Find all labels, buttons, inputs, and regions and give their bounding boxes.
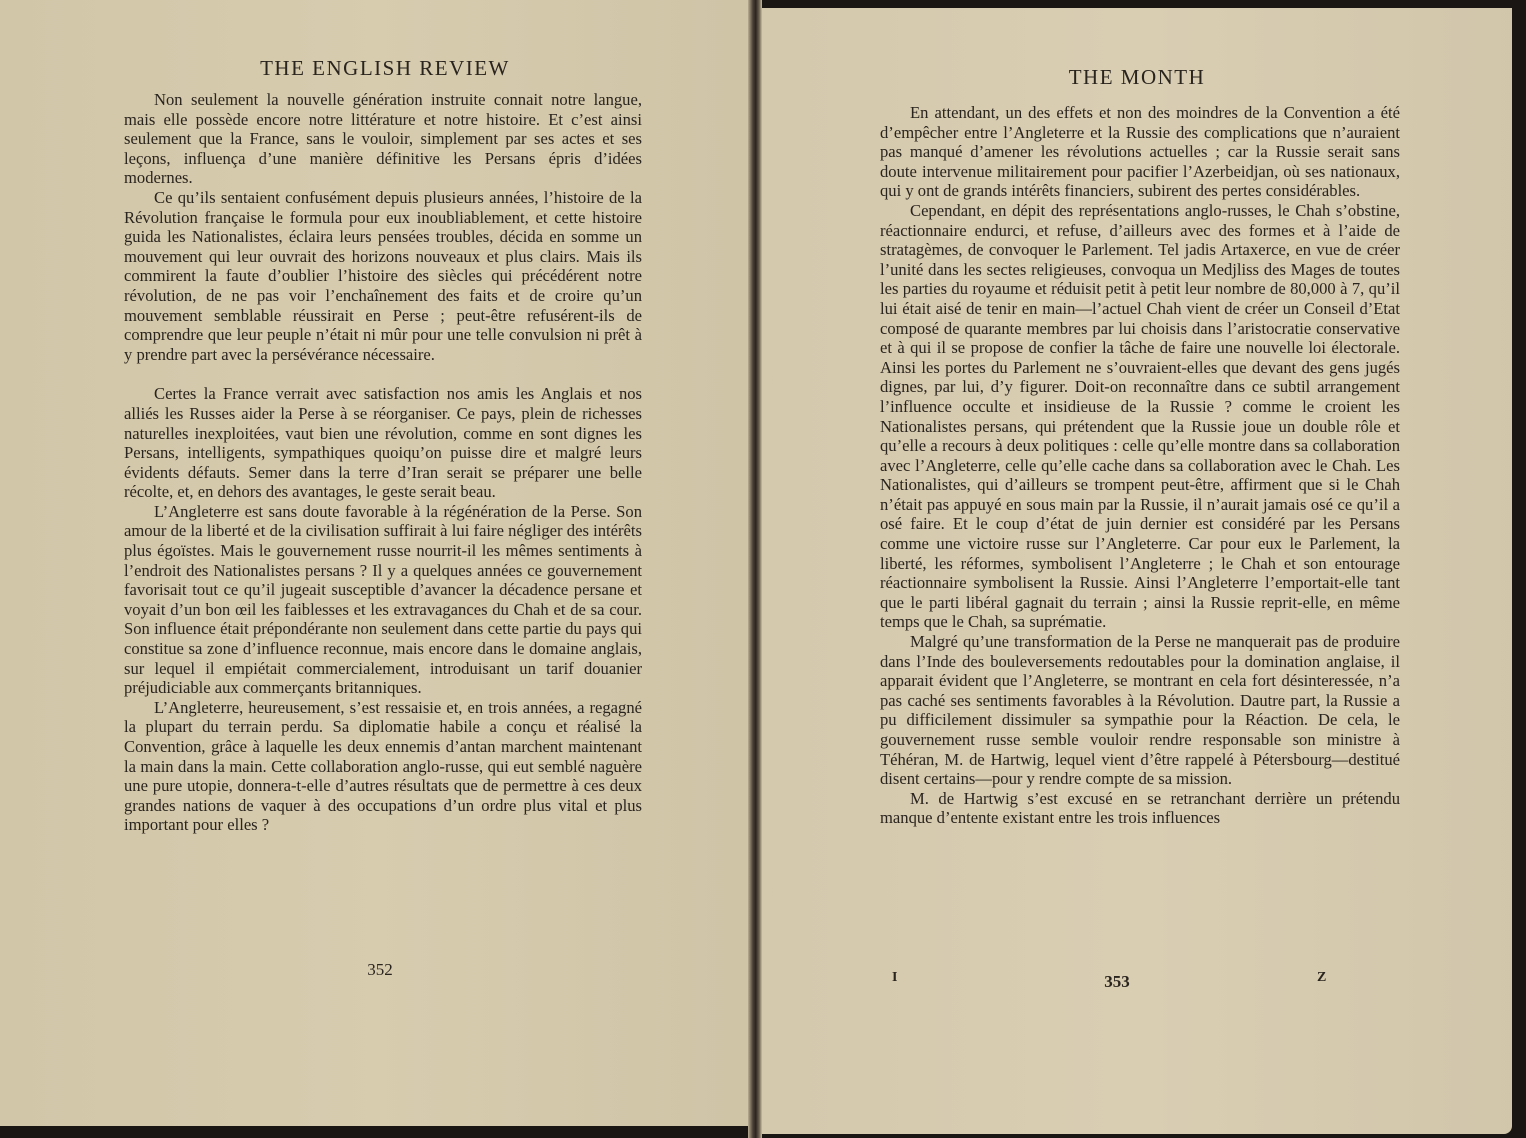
running-head-right: THE MONTH (762, 65, 1512, 90)
paragraph: Malgré qu’une transformation de la Perse… (880, 632, 1400, 789)
paragraph: Ce qu’ils sentaient confusément depuis p… (124, 188, 642, 364)
page-number-left: 352 (355, 960, 405, 980)
paragraph: Cependant, en dépit des représentations … (880, 201, 1400, 632)
book-spread: THE ENGLISH REVIEW Non seulement la nouv… (0, 0, 1526, 1138)
right-page: THE MONTH En attendant, un des effets et… (762, 8, 1512, 1134)
left-page-body: Non seulement la nouvelle génération ins… (124, 90, 642, 835)
paragraph: L’Angleterre, heureusement, s’est ressai… (124, 698, 642, 835)
signature-mark-right: Z (1317, 970, 1326, 986)
paragraph: Non seulement la nouvelle génération ins… (124, 90, 642, 188)
paragraph: M. de Hartwig s’est excusé en se retranc… (880, 789, 1400, 828)
paragraph: Certes la France verrait avec satisfacti… (124, 384, 642, 502)
running-head-left: THE ENGLISH REVIEW (0, 56, 770, 81)
paragraph: En attendant, un des effets et non des m… (880, 103, 1400, 201)
right-page-body: En attendant, un des effets et non des m… (880, 103, 1400, 828)
page-number-right: 353 (1092, 972, 1142, 992)
signature-mark-left: I (892, 970, 897, 986)
paragraph: L’Angleterre est sans doute favorable à … (124, 502, 642, 698)
book-spine (748, 0, 762, 1138)
left-page: THE ENGLISH REVIEW Non seulement la nouv… (0, 0, 755, 1126)
